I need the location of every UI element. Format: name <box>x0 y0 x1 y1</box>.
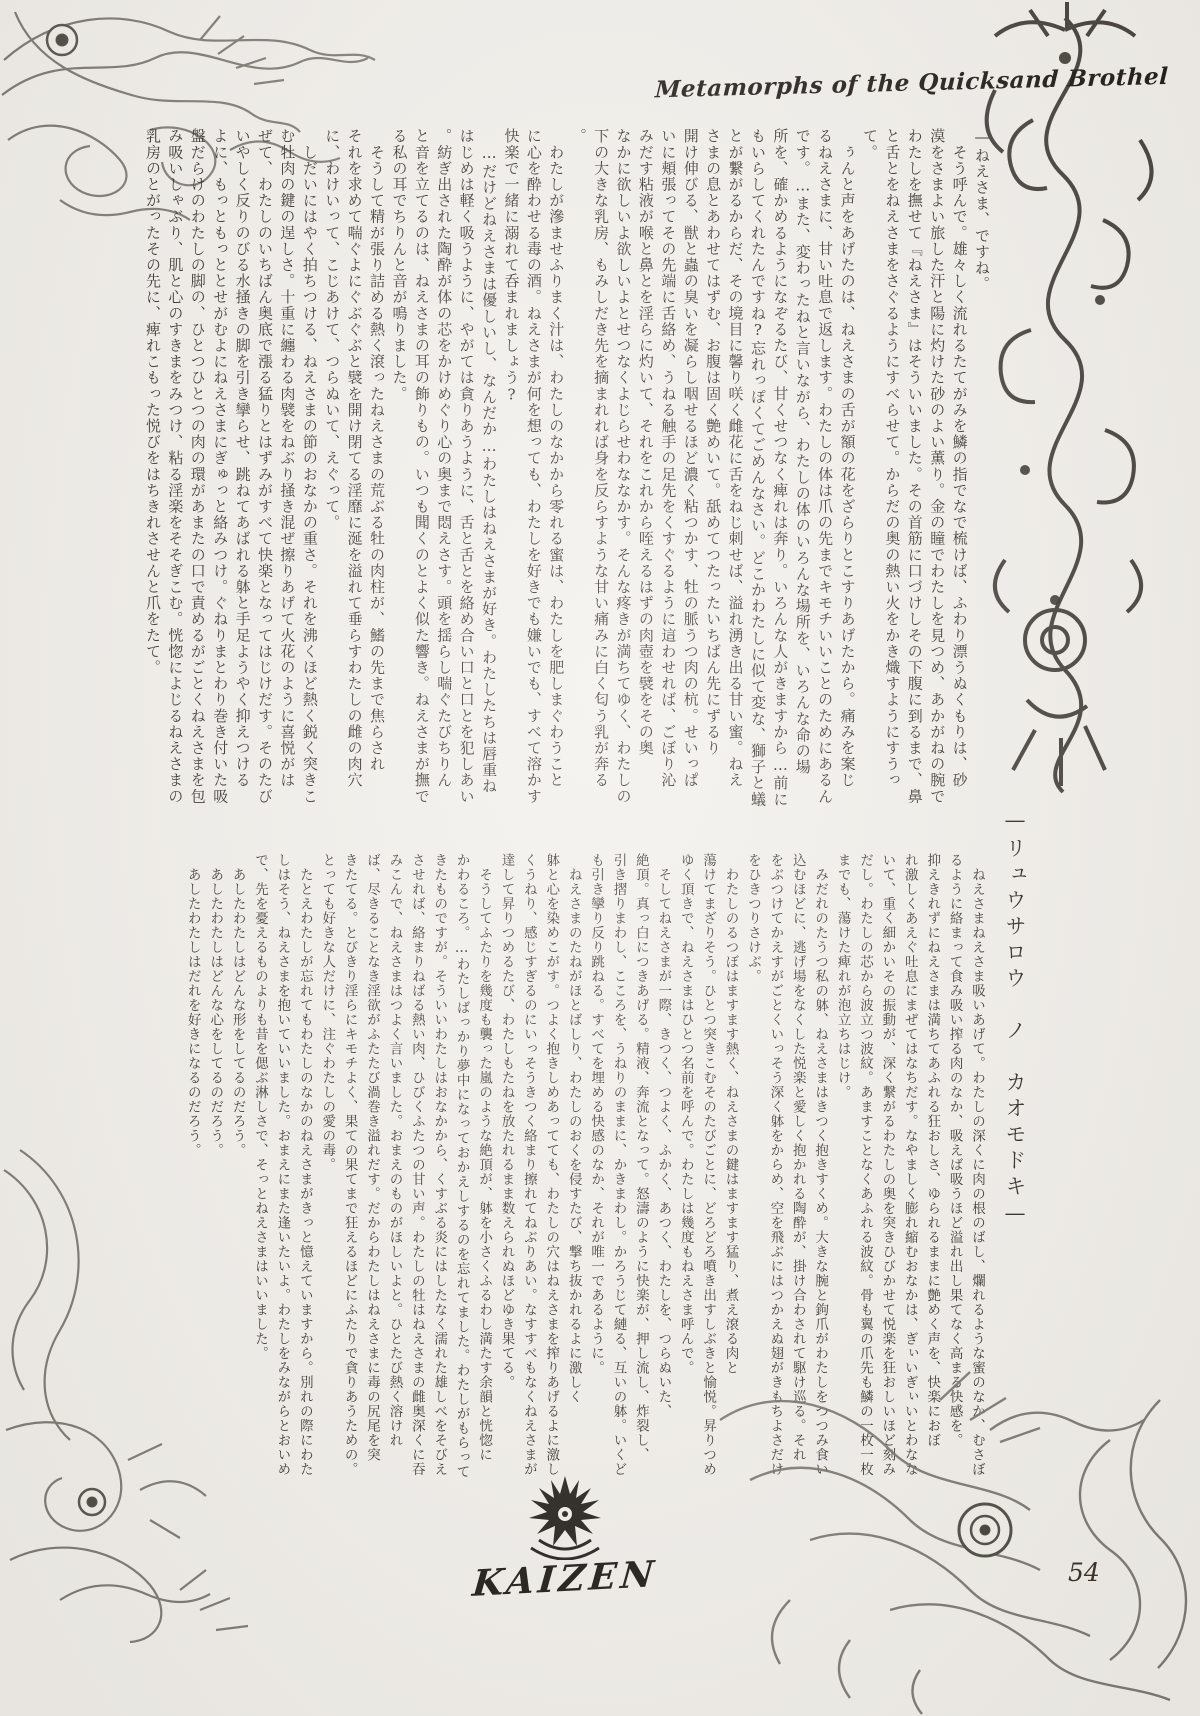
text-column: みだす粘液が喉と鼻とを淫らに灼いて、それをこれから咥えるはずの肉壺を襞をその奥 <box>635 128 657 823</box>
text-column: そう呼んで。雄々しく流れるたてがみを鱗の指でなで梳けば、ふわり漂うぬくもりは、砂 <box>948 128 970 823</box>
text-column: ぜて、わたしのいちばん奥底で漲る猛りとはずみがすべて快楽となってはじけだす。その… <box>254 128 276 823</box>
text-column: をひきつりさけぶ。 <box>742 853 764 1468</box>
text-column: 快楽で一緒に溺れて呑まれましょう? <box>500 128 522 823</box>
text-column: さまの息とあわせてはずむ、お腹は固く艶めいて。舐めてつたったいちばん先にずるり <box>702 128 724 823</box>
text-column: そうしてふたりを幾度も襲った嵐のような絶頂が、躰を小さくふるわし満たす余韻と恍惚… <box>473 853 495 1468</box>
text-column: わたしを撫せて『ねえさま』はそういいました。その首筋に口づけしその下腹に到るまで… <box>903 128 925 823</box>
kaizen-emblem-icon <box>517 1474 613 1560</box>
text-column: はじめは軽く吸うように、やがては貪りあうように、舌と舌とを絡め合い口と口とを犯し… <box>455 128 477 823</box>
text-column: きたてる。とびきり淫らにキモチよく、果ての果てまで狂えるほどにふたりで貪りあうた… <box>338 853 360 1468</box>
text-column: み吸いしゃぶり、肌と心のすきまをみつけ、粘る淫楽をそそぎこむ。恍惚によじるねえさ… <box>164 128 186 823</box>
text-column: きたものですが。そういいわたしはおなかから、くすぶる炎にはしたなく濡れた雄しべを… <box>428 853 450 1468</box>
text-column: れ激しくあえぐ吐息にまぜてはなちだす。なやましく膨れ縮むおなかは、ぎぃいぎぃいと… <box>898 853 920 1468</box>
text-column: 下の大きな乳房、もみしだき先を摘まれれば身を反らすような甘い痛みに白く匂う乳が奔… <box>590 128 612 823</box>
text-column: 蕩けてまざりそう。ひとつ突きこむそのたびごとに、どろどろ噴き出すしぶきと愉悦。昇… <box>697 853 719 1468</box>
text-column: も引き攣り反り跳ねる。すべてを埋める快感のなか、それが唯一であるように。 <box>585 853 607 1468</box>
text-column: までも、蕩けた痺れが泡立ちはじけ。 <box>831 853 853 1468</box>
text-column: る私の耳でちりんと音が鳴りました。 <box>388 128 410 823</box>
text-column: とっても好きな人だけに、注ぐわたしの愛の毒。 <box>316 853 338 1468</box>
text-column: 漠をさまよい旅した汗と陽に灼けた砂のよい薫り。金の瞳でわたしを見つめ、あかがねの… <box>926 128 948 823</box>
text-column: そしてねえさまが一際、きつく、つよく、ふかく、あつく、わたしを、つらぬいた、 <box>652 853 674 1468</box>
text-column: ぅんと声をあげたのは、ねえさまの舌が額の花をざらりとこすりあげたから。痛みを案じ <box>836 128 858 823</box>
text-column: —ねえさま、ですね。 <box>971 128 993 823</box>
text-column: あしたわたしはどんな心をしてるのだろう。 <box>204 853 226 1468</box>
side-title: —リュウサロウ ノ カオモドキ— <box>1000 808 1030 1308</box>
english-title: Metamorphs of the Quicksand Brothel <box>654 68 985 104</box>
text-column: 。 <box>567 128 589 823</box>
text-column: ねえさまねえさま吸いあげて。わたしの深くに肉の根のばし、爛れるような蜜のなか、む… <box>966 853 988 1468</box>
text-column: るように絡まって食み吸い搾る肉のなか、吸えば吸うほど溢れ出し果てなく高まる快感を… <box>943 853 965 1468</box>
kaizen-logo: KAIZEN <box>455 1474 675 1600</box>
text-column: 達して昇りつめるたび、わたしもたねを放たれるまま数えられぬほどゆき果てる。 <box>495 853 517 1468</box>
text-column: に、わけいって、こじあけて、つらぬいて、えぐって。 <box>321 128 343 823</box>
text-column: 絶頂。真っ白につきあげる。精液、奔流となって。怒濤のように快楽が、押し流し、炸裂… <box>630 853 652 1468</box>
text-column: かわるころ。…わたしばっかり夢中になっておかえしするのを忘れてました。わたしがも… <box>450 853 472 1468</box>
text-column: たとえわたしが忘れてもわたしのなかのねえさまがきっと憶えていますから。別れの際に… <box>293 853 315 1468</box>
text-column: て。 <box>859 128 881 823</box>
text-column: くうねり、感じすぎるのにいっそうきつく絡まり擦れてねぶりあい。なすすべもなくねえ… <box>517 853 539 1468</box>
text-column: みだれのたうつ私の躰、ねえさまはきつく抱きすくめ。大きな腕と鉤爪がわたしをつつみ… <box>809 853 831 1468</box>
text-column: るねえさまに、甘い吐息で返します。わたしの体は爪の先までキモチいいことのためにあ… <box>814 128 836 823</box>
text-column: 。紡ぎ出された陶酔が体の芯をかけめぐり心の奥まで悶えさす。頭を揺らし喘ぐたびちり… <box>433 128 455 823</box>
text-column: む牡肉の鍵の逞しさ。十重に纏わる肉襞をねぶり掻き混ぜ擦りあげて火花のように喜悦が… <box>276 128 298 823</box>
text-column: 乳房のとがったその先に、痺れこもった悦びをはちきれさせんと爪をたて。 <box>142 128 164 823</box>
text-column: もいらしてくれたんですね?忘れっぽくてごめんなさい。どこかわたしに似て変な、獅子… <box>747 128 769 823</box>
text-column: ば、尽きることなき淫欲がふたたび渦巻き溢れだす。だからわたしはねえさまに毒の尻尾… <box>361 853 383 1468</box>
text-column: をぶつけてかえすがごとくいっそう深く躰をからめ、空を飛ぶにはつかえぬ翅がきもちよ… <box>764 853 786 1468</box>
page-number: 54 <box>1068 1558 1100 1587</box>
text-column: しだいにはやく拍ちつける、ねえさまの節のおなかの重さ。それを沸くほど熱く鋭く突き… <box>298 128 320 823</box>
text-column: そうして精が張り詰める熱く滾ったねえさまの荒ぶる牡の肉柱が、鰭の先まで焦らされ <box>366 128 388 823</box>
text-column: ゆく頂きで、ねえさまはひとつ名前を呼んで。わたしは幾度もねえさま呼んで。 <box>674 853 696 1468</box>
text-column: …だけどねえさまは優しいし、なんだか…わたしはねえさまが好き。わたしたちは唇重ね <box>478 128 500 823</box>
text-column: で、先を憂えるものよりも昔を偲ぶ淋しさで、そっとねえさまはいいました。 <box>249 853 271 1468</box>
bottom-text-block: ねえさまねえさま吸いあげて。わたしの深くに肉の根のばし、爛れるような蜜のなか、む… <box>181 853 988 1468</box>
text-column: 盤だらけのわたしの脚の、ひとつひとつの肉の環があまたの口で責めるがごとくねえさま… <box>186 128 208 823</box>
text-column: ねえさまのたねがほとばしり、わたしのおくを侵すたび、撃ち抜かれるよに激しく <box>562 853 584 1468</box>
top-text-block: —ねえさま、ですね。 そう呼んで。雄々しく流れるたてがみを鱗の指でなで梳けば、ふ… <box>142 128 993 823</box>
scanned-page: Metamorphs of the Quicksand Brothel —ねえさ… <box>0 0 1200 1716</box>
text-column: なかに欲しいよ欲しいよとせつなくよじらせわななかす。そんな疼きが満ちてゆく、わた… <box>612 128 634 823</box>
text-column: 抑えきれずにねえさまは満ちてあふれる狂おしさ、ゆられるままに艶めく声を、快楽にお… <box>921 853 943 1468</box>
text-column: あしたわたしはどんな形をしてるのだろう。 <box>226 853 248 1468</box>
text-column: だし。わたしの芯から波立つ波紋。あますことなくあふれる波紋。骨も翼の爪先も鱗の一… <box>854 853 876 1468</box>
text-column: 開け伸びる、獣と蟲の臭いを凝らし咽せるほど濃く粘つかす、牡の脈うつ肉の杭。せいっ… <box>679 128 701 823</box>
text-column: あしたわたしはだれを好きになるのだろう。 <box>181 853 203 1468</box>
text-column: わたしのるつぼはますます熱く、ねえさまの鍵はますます猛り、煮え滾る肉と <box>719 853 741 1468</box>
text-column: に心を酔わせる毒の酒。ねえさまが何を想っても、わたしを好きでも嫌いでも、すべて溶… <box>522 128 544 823</box>
text-column: みこんで、ねえさまはつよく言いました。おまえのものがほしいよと。ひとたび熱く溶け… <box>383 853 405 1468</box>
text-column: いに頬張ってその先端に舌絡め、うねる触手の足先をくすぐるように這わせれば、ごぼり… <box>657 128 679 823</box>
text-column: 引き摺りまわし、こころを、うねりのままに、かきまわし。かろうじて縺る、互いの躰。… <box>607 853 629 1468</box>
text-column: それを求めて喘ぐよにぐぶぐぶと襞を開け閉てる淫靡に涎を溢れて垂らすわたしの雌の肉… <box>343 128 365 823</box>
text-column: とが繋がるからだ、その境目に馨り咲く雌花に舌をねじ刺せば、溢れ湧き出る甘い蜜。ね… <box>724 128 746 823</box>
text-column: しはそう、ねえさまを抱いていいました。おまえにまた逢いたいよ。わたしをみながらと… <box>271 853 293 1468</box>
kaizen-logo-text: KAIZEN <box>453 1552 676 1606</box>
text-column: と音を立てるのは、ねえさまの耳の飾りもの。いつも聞くのとよく似た響き。ねえさまが… <box>410 128 432 823</box>
text-column: です。…また、変わったねと言いながら、わたしの体のいろんな場所を、いろんな命の場 <box>791 128 813 823</box>
text-column: よに、もっともっととせがむよにねえさまにぎゅっと絡みつけ。ぐねりまとわり巻き付い… <box>209 128 231 823</box>
text-column: 込むほどに、逃げ場をなくした悦楽と愛しく抱かれる陶酔が、掛け合わされて駆け巡る。… <box>786 853 808 1468</box>
text-column: 躰と心を染めこがす。つよく抱きしめあってても、わたしの穴はねえさまを搾りあげるよ… <box>540 853 562 1468</box>
text-column: と舌とをねえさまをさぐるようにすべらせて。からだの奥の熱い火をかき熾すようにすう… <box>881 128 903 823</box>
text-column: いやしく反りのびる水掻きの脚を引き攣らせ、跳ねてあばれる躰と手足ようやく抑えつけ… <box>231 128 253 823</box>
text-column: させれば、絡まりねばる熱い肉、ひびくふたつの甘い声。わたしの牡はねえさまの雌奥深… <box>405 853 427 1468</box>
text-column: いて、重く細かいその振動が、深く繋がるわたしの奥を突きひびかせて悦楽を狂おしいほ… <box>876 853 898 1468</box>
text-column: 所を、確かめるようになぞるたび、甘くせつなく痺れは奔り。いろんな人がきますから…… <box>769 128 791 823</box>
text-column: わたしが滲ませふりまく汁は、わたしのなかから零れる蜜は、わたしを肥しまぐわうこと <box>545 128 567 823</box>
